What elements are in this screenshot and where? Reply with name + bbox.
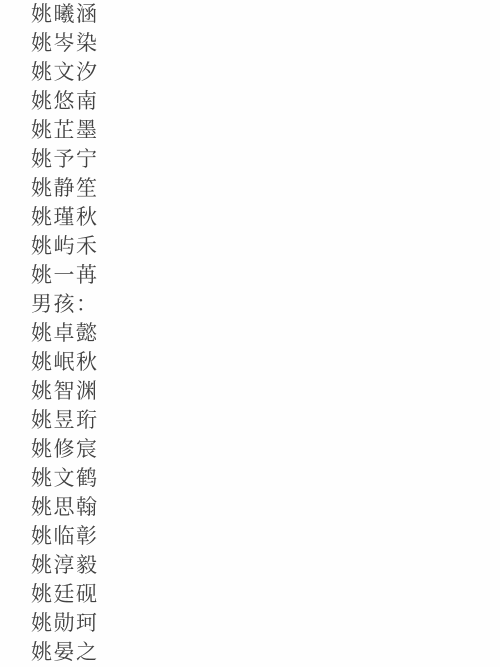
name-list-item: 姚悠南 (31, 87, 500, 116)
name-list-item: 姚智渊 (31, 377, 500, 406)
name-list-item: 姚一苒 (31, 261, 500, 290)
name-list: 姚曦涵 姚岑染 姚文汐 姚悠南 姚芷墨 姚予宁 姚静笙 姚瑾秋 姚屿禾 姚一苒 … (0, 0, 500, 667)
name-list-item: 姚文汐 (31, 58, 500, 87)
name-list-item: 姚芷墨 (31, 116, 500, 145)
name-list-item: 姚曦涵 (31, 0, 500, 29)
name-list-item: 姚岷秋 (31, 348, 500, 377)
name-list-item: 姚修宸 (31, 435, 500, 464)
name-list-item: 姚昱珩 (31, 406, 500, 435)
name-list-item: 姚屿禾 (31, 232, 500, 261)
name-list-item: 姚予宁 (31, 145, 500, 174)
name-list-item: 姚临彰 (31, 522, 500, 551)
name-list-item: 姚晏之 (31, 638, 500, 667)
name-list-item: 姚岑染 (31, 29, 500, 58)
section-label-boys: 男孩： (31, 290, 500, 319)
name-list-item: 姚思翰 (31, 493, 500, 522)
name-list-item: 姚瑾秋 (31, 203, 500, 232)
name-list-item: 姚淳毅 (31, 551, 500, 580)
name-list-item: 姚静笙 (31, 174, 500, 203)
name-list-item: 姚卓懿 (31, 319, 500, 348)
name-list-item: 姚廷砚 (31, 580, 500, 609)
name-list-item: 姚文鹤 (31, 464, 500, 493)
name-list-item: 姚勋珂 (31, 609, 500, 638)
